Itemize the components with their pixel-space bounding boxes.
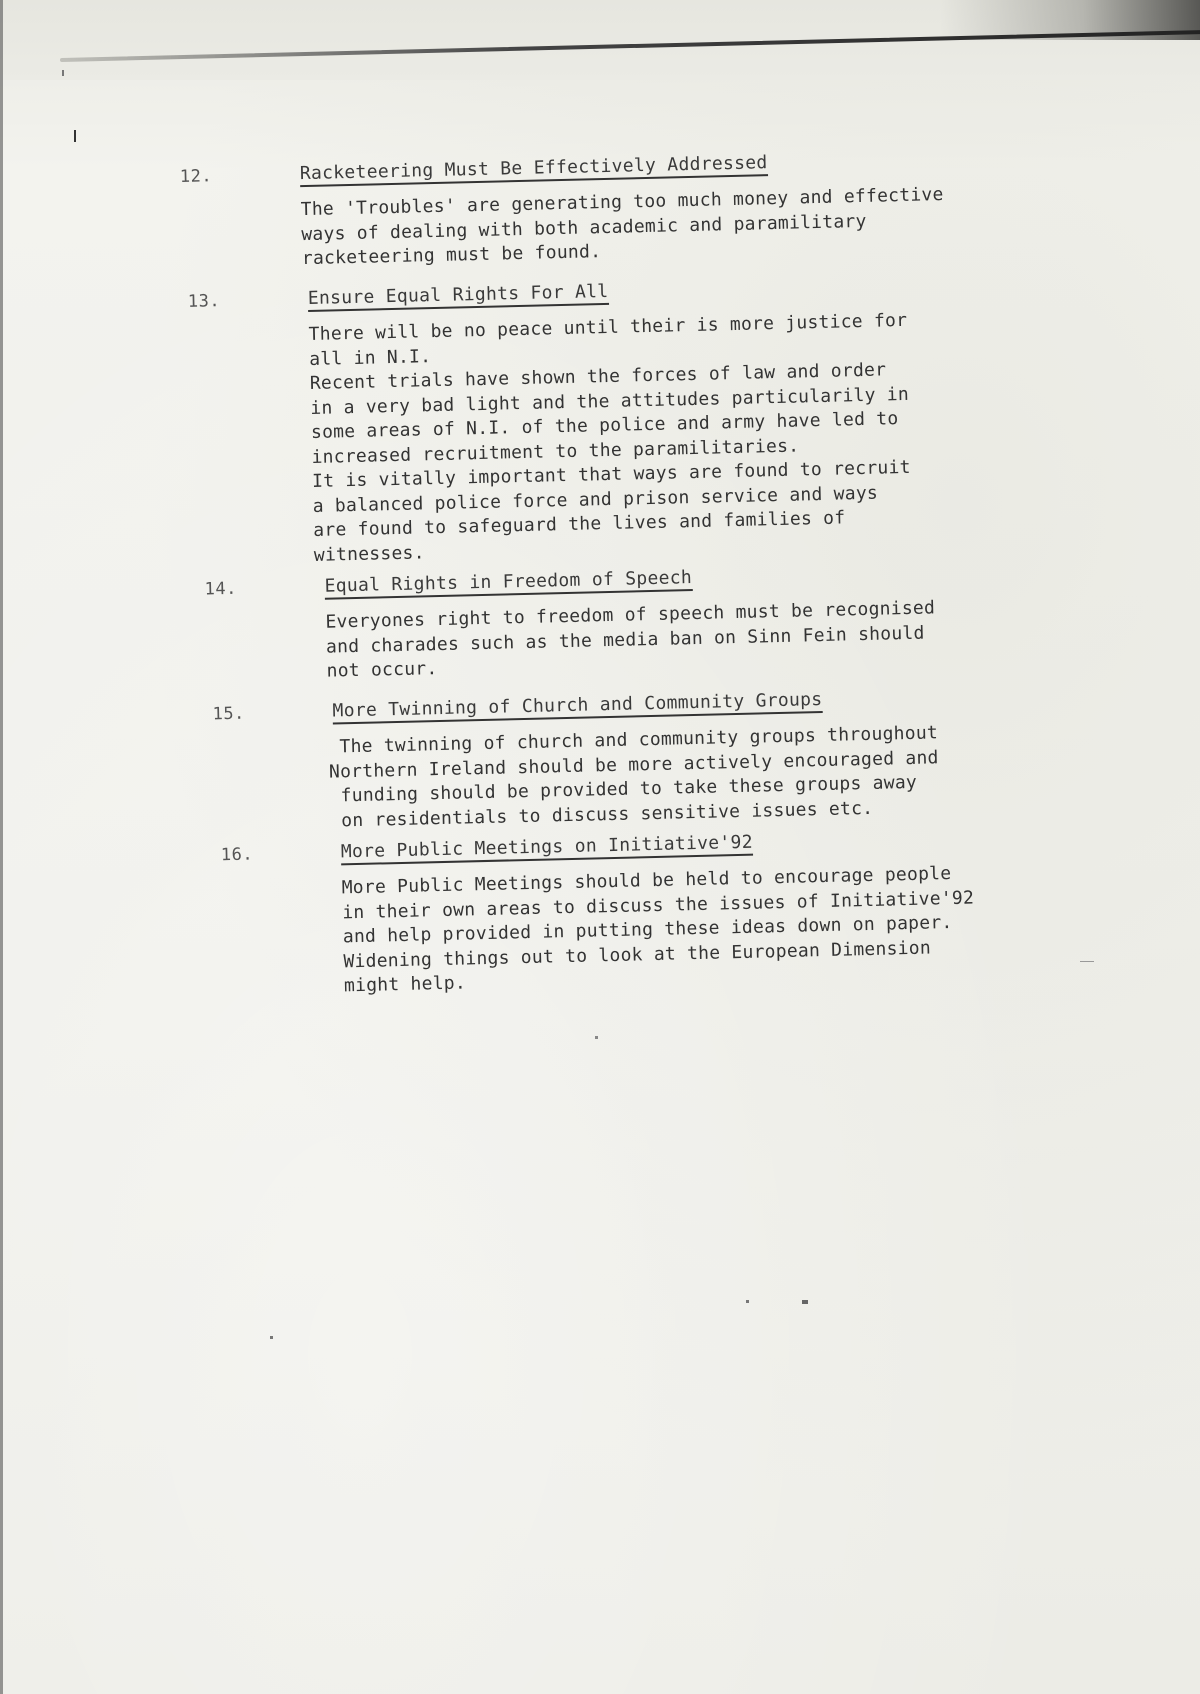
item-body: The twinning of church and community gro… bbox=[328, 721, 940, 833]
item-heading: Racketeering Must Be Effectively Address… bbox=[300, 153, 768, 187]
item-number: 16. bbox=[221, 844, 254, 865]
typewritten-page: 12. Racketeering Must Be Effectively Add… bbox=[0, 0, 1200, 1694]
item-number: 12. bbox=[180, 166, 213, 187]
item-number: 14. bbox=[204, 579, 237, 600]
item-body: Everyones right to freedom of speech mus… bbox=[325, 596, 936, 684]
item-number: 13. bbox=[188, 291, 221, 312]
item-body: The 'Troubles' are generating too much m… bbox=[300, 183, 945, 272]
item-body: More Public Meetings should be held to e… bbox=[341, 862, 976, 999]
item-number: 15. bbox=[212, 704, 245, 725]
item-12-racketeering: 12. Racketeering Must Be Effectively Add… bbox=[180, 146, 1080, 167]
item-13-equal-rights: 13. Ensure Equal Rights For All There wi… bbox=[188, 271, 1088, 292]
item-heading: More Twinning of Church and Community Gr… bbox=[332, 690, 822, 725]
item-heading: Ensure Equal Rights For All bbox=[308, 282, 609, 312]
item-heading: More Public Meetings on Initiative'92 bbox=[341, 833, 754, 866]
item-body: There will be no peace until their is mo… bbox=[308, 309, 912, 568]
item-15-twinning: 15. More Twinning of Church and Communit… bbox=[212, 683, 1112, 704]
item-heading: Equal Rights in Freedom of Speech bbox=[324, 568, 692, 600]
